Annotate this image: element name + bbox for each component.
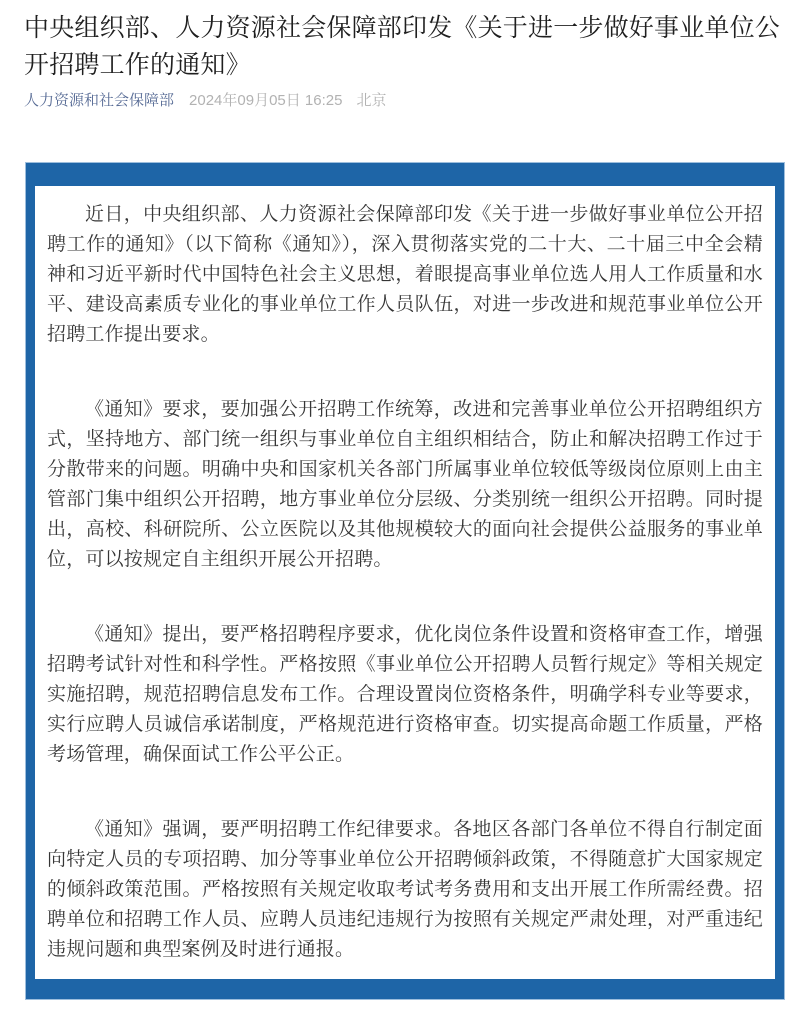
content-frame: 近日，中央组织部、人力资源社会保障部印发《关于进一步做好事业单位公开招聘工作的通… [25, 162, 785, 1000]
byline: 人力资源和社会保障部 2024年09月05日 16:25 北京 [24, 90, 788, 111]
paragraph-procedures: 《通知》提出，要严格招聘程序要求，优化岗位条件设置和资格审查工作，增强招聘考试针… [47, 620, 763, 770]
publish-date: 2024年09月05日 16:25 [189, 90, 342, 111]
publish-location: 北京 [356, 90, 386, 111]
content-panel: 近日，中央组织部、人力资源社会保障部印发《关于进一步做好事业单位公开招聘工作的通… [35, 186, 775, 979]
paragraph-requirements: 《通知》要求，要加强公开招聘工作统筹，改进和完善事业单位公开招聘组织方式，坚持地… [47, 395, 763, 575]
paragraph-discipline: 《通知》强调，要严明招聘工作纪律要求。各地区各部门各单位不得自行制定面向特定人员… [47, 815, 763, 965]
paragraph-intro: 近日，中央组织部、人力资源社会保障部印发《关于进一步做好事业单位公开招聘工作的通… [47, 200, 763, 350]
article-page: 中央组织部、人力资源社会保障部印发《关于进一步做好事业单位公开招聘工作的通知》 … [0, 10, 812, 1000]
account-name-link[interactable]: 人力资源和社会保障部 [24, 90, 174, 111]
article-title: 中央组织部、人力资源社会保障部印发《关于进一步做好事业单位公开招聘工作的通知》 [24, 10, 790, 84]
